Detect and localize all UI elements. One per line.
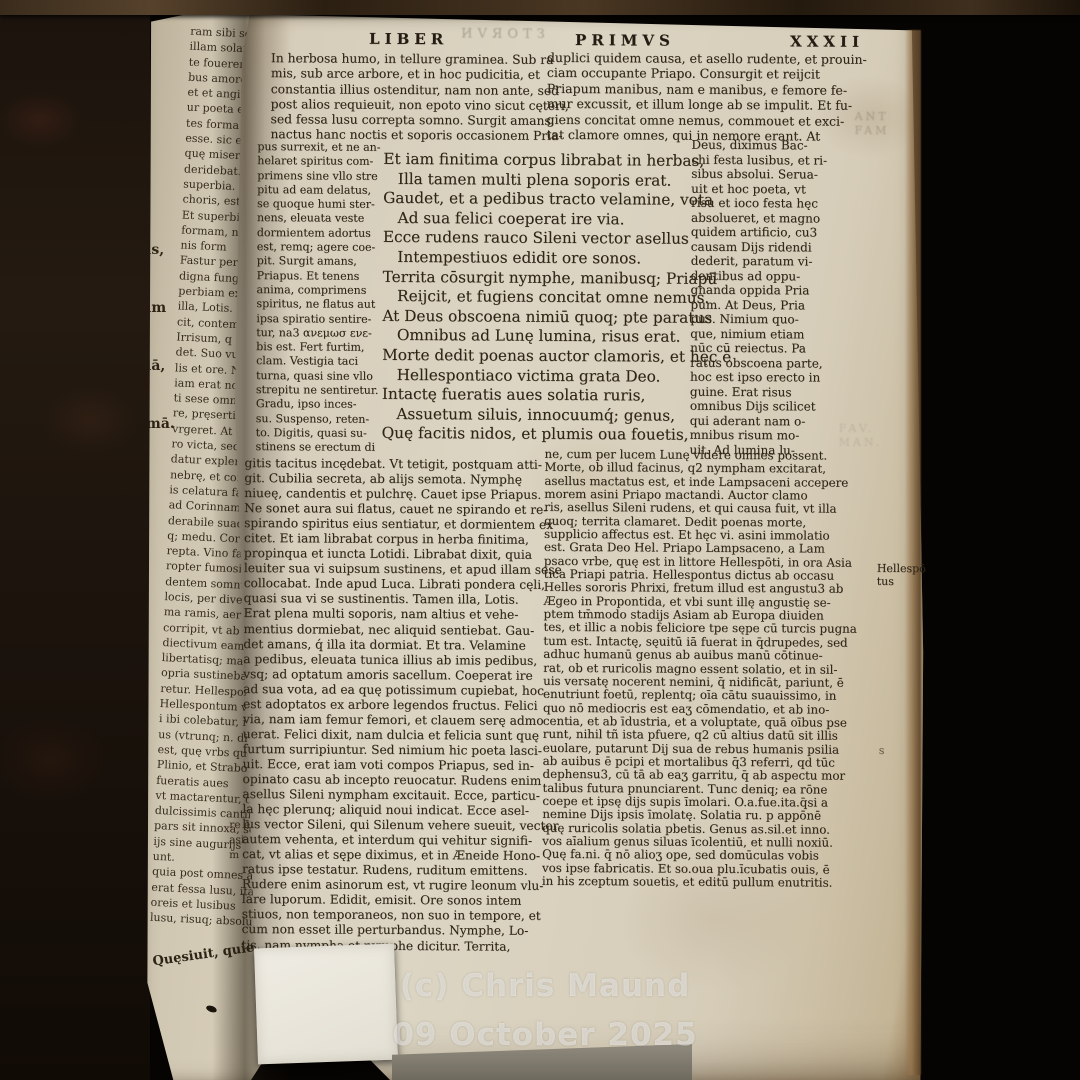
commentary-line: constantia illius ostenditur, nam non an…	[271, 82, 547, 99]
commentary-line: uerat. Felici dixit, nam dulcia et felic…	[243, 727, 543, 744]
gloss-line: nens, eleuata veste	[257, 212, 381, 227]
gloss-line: pus surrexit, et ne an-	[257, 140, 381, 155]
gutter-margin-notes: re ēasim	[229, 818, 261, 863]
showthrough-line: FAM	[854, 124, 889, 138]
paper-slip	[254, 944, 398, 1065]
gloss-line: quidem artificio, cu3	[691, 225, 871, 241]
showthrough-line: ANT	[855, 110, 890, 124]
gloss-line: pitu ad eam delatus,	[257, 183, 381, 198]
showthrough-line: FAV.	[839, 422, 883, 436]
wood-shelf-top	[0, 0, 1080, 15]
gutter-note-line: m	[229, 848, 261, 863]
gloss-line: stinens se erectum di	[256, 440, 380, 455]
commentary-line: sed fessa lusu correpta somno. Surgit am…	[271, 112, 547, 129]
commentary-line: ciam occupante Priapo. Consurgit et reij…	[547, 65, 871, 82]
commentary-line: ad sua vota, ad ea quę potissimum cupieb…	[243, 682, 543, 699]
gloss-line: tur, na3 ανεμωσ ενε-	[256, 326, 380, 341]
gloss-line: chi festa lusibus, et ri-	[691, 152, 871, 168]
gloss-line: pum. At Deus, Pria	[690, 297, 870, 313]
commentary-line: a pedibus, eleuata tunica illius ab imis…	[243, 652, 543, 669]
gloss-line: dederit, paratum vi-	[691, 254, 871, 270]
right-margin-gloss: Deus, diximus Bac-chi festa lusibus, et …	[690, 138, 872, 458]
verse-line: Territa cōsurgit nymphe, manibusq; Priap…	[383, 267, 717, 289]
gloss-line: Deus, diximus Bac-	[691, 138, 871, 154]
gloss-line: que, nimium etiam	[690, 326, 870, 342]
commentary-line: det amans, q́ illa ita dormiat. Et tra. …	[243, 637, 543, 654]
gloss-line: absolueret, et magno	[691, 210, 871, 226]
commentary-line: est adoptatos ex arbore legendos fructus…	[243, 697, 543, 714]
verse-line: At Deus obscoena nimiū quoq; pte paratus	[382, 307, 716, 329]
commentary-line: post alios requieuit, non epoto vino sic…	[271, 97, 547, 114]
verse-line: Assuetum siluis, innocuumq́; genus,	[382, 405, 716, 427]
left-page-edge-bit: im	[146, 300, 180, 316]
left-margin-gloss: pus surrexit, et ne an-helaret spiritus …	[256, 140, 382, 455]
gloss-line: strepitu ne sentiretur.	[256, 383, 380, 398]
gloss-line: se quoque humi ster-	[257, 197, 381, 212]
gutter-note-line: re ē	[229, 818, 261, 833]
verse-line: Hellespontiaco victima grata Deo.	[382, 365, 716, 387]
left-page-edge-bit: mā.	[146, 416, 180, 432]
commentary-top-left-column: In herbosa humo, in tellure graminea. Su…	[270, 51, 547, 144]
gloss-line: dormientem adortus	[257, 226, 381, 241]
gloss-line: su. Suspenso, reten-	[256, 412, 380, 427]
photo-watermark: (c) Chris Maund 09 October 2025	[392, 962, 697, 1060]
verse-line: Intactę fueratis aues solatia ruris,	[382, 385, 716, 407]
margin-mark: s	[879, 744, 885, 757]
header-showthrough: ИVЯOТЗ	[461, 26, 550, 42]
commentary-line: in his zceptum souetis, et editū pullum …	[542, 875, 876, 890]
gloss-line: anima, comprimens	[256, 283, 380, 298]
verse-line: Gaudet, et a pedibus tracto velamine, vo…	[383, 189, 717, 211]
gloss-line: Gradu, ipso inces-	[256, 397, 380, 412]
gloss-line: hoc est ipso erecto in	[690, 370, 870, 386]
verse-line: Illa tamen multi plena soporis erat.	[383, 169, 717, 191]
commentary-line: mis, sub arce arbore, et in hoc pudiciti…	[271, 66, 547, 83]
verse-block: Et iam finitima corpus librabat in herba…	[382, 150, 718, 446]
commentary-line: furtum surripiuntur. Sed nimium hic poet…	[243, 742, 543, 759]
showthrough-line: MAN.	[839, 436, 883, 450]
right-margin-note: Hellespōtus	[877, 562, 937, 589]
ink-spot	[205, 1004, 217, 1013]
antique-book-photo: ram sibi solam amoillam solam subienste …	[0, 0, 1080, 1080]
page-fore-edge	[905, 30, 921, 1075]
gloss-line: est, remq; agere coe-	[257, 240, 381, 255]
verse-line: Ad sua felici coeperat ire via.	[383, 209, 717, 231]
commentary-lower-right-column: ne, cum per lucem Lunę videre omnes poss…	[542, 448, 879, 890]
gloss-line: pus. Nimium quo-	[690, 312, 870, 328]
commentary-lower-left-column: gitis tacitus incędebat. Vt tetigit, pos…	[241, 456, 544, 954]
commentary-line: vsq; ad optatum amoris sacellum. Coepera…	[243, 667, 543, 684]
commentary-line: Erat plena multi soporis, nam altius et …	[244, 606, 544, 623]
margin-note-line: tus	[877, 575, 937, 589]
gloss-line: turna, quasi sine vllo	[256, 369, 380, 384]
commentary-line: mur excussit, et illum longe ab se impul…	[547, 96, 871, 113]
commentary-line: cum non esset ille perturbandus. Nymphe,…	[242, 922, 542, 939]
verse-line: Et iam finitima corpus librabat in herba…	[383, 150, 717, 172]
gloss-line: uit et hoc poeta, vt	[691, 181, 871, 197]
header-liber: LIBER	[369, 30, 448, 48]
verse-line: Omnibus ad Lunę lumina, risus erat.	[382, 326, 716, 348]
gloss-line: bis est. Fert furtim,	[256, 340, 380, 355]
gloss-line: gnanda oppida Pria	[691, 283, 871, 299]
margin-note-line: Hellespō	[877, 562, 937, 576]
commentary-top-right-column: duplici quidem causa, et asello rudente,…	[546, 50, 871, 144]
folio-number: XXXII	[790, 32, 864, 50]
watermark-date: 09 October 2025	[392, 1011, 697, 1060]
gloss-line: primens sine vllo stre	[257, 169, 381, 184]
gutter-note-line: asi	[229, 833, 261, 848]
gloss-line: spiritus, ne flatus aut	[256, 297, 380, 312]
gloss-line: sibus absolui. Serua-	[691, 167, 871, 183]
commentary-line: via, nam iam femur femori, et clauem ser…	[243, 712, 543, 729]
gloss-line: guine. Erat risus	[690, 384, 870, 400]
gloss-line: omnibus Dijs scilicet	[690, 399, 870, 415]
verse-line: Intempestiuos edidit ore sonos.	[383, 248, 717, 270]
gloss-line: clam. Vestigia taci	[256, 355, 380, 370]
gloss-line: nūc cū reiectus. Pa	[690, 341, 870, 357]
gloss-line: helaret spiritus com-	[257, 154, 381, 169]
showthrough-text-mid: FAV.MAN.	[839, 422, 883, 450]
verse-line: Reijcit, et fugiens concitat omne nemus.	[382, 287, 716, 309]
gloss-line: to. Digitis, quasi su-	[256, 426, 380, 441]
gloss-line: ipsa spiratio sentire-	[256, 312, 380, 327]
gloss-line: dentibus ad oppu-	[691, 268, 871, 284]
gloss-line: risu et ioco festa hęc	[691, 196, 871, 212]
watermark-credit: (c) Chris Maund	[392, 962, 697, 1011]
showthrough-text-top: ANTFAM	[854, 110, 889, 138]
commentary-line: In herbosa humo, in tellure graminea. Su…	[271, 51, 547, 68]
commentary-line: mentius dormiebat, nec aliquid sentiebat…	[243, 622, 543, 639]
left-page-edge-bit: lā,	[146, 358, 180, 374]
gloss-line: causam Dijs ridendi	[691, 239, 871, 255]
gloss-line: Priapus. Et tenens	[257, 269, 381, 284]
verse-line: Quę facitis nidos, et plumis oua fouetis…	[382, 424, 716, 446]
verse-line: Ecce rudens rauco Sileni vector asellus	[383, 228, 717, 250]
book-cover-edge	[0, 0, 150, 1080]
verse-line: Morte dedit poenas auctor clamoris, et h…	[382, 346, 716, 368]
right-page-content: LIBER ИVЯOТЗ PRIMVS XXXII In herbosa hum…	[237, 18, 898, 1067]
gloss-line: ratus obscoena parte,	[690, 355, 870, 371]
left-page-edge-bit: is,	[146, 242, 180, 258]
gloss-line: pit. Surgit amans,	[257, 254, 381, 269]
header-primvs: PRIMVS	[575, 31, 675, 50]
left-page-edge-bits: is,imlā,mā.	[146, 242, 180, 474]
